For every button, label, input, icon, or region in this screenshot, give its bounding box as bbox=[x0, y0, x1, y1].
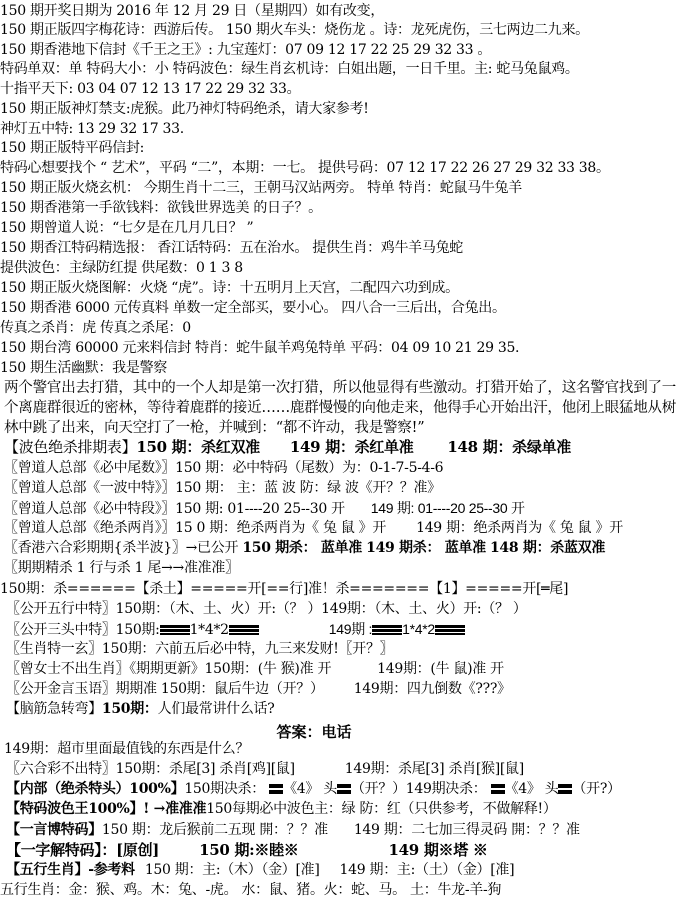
zeng-tail-text: 150 期：必中特码（尾数）为：0-1-7-5-4-6 bbox=[175, 460, 443, 476]
five-element-label: 〖公开五行中特〗 bbox=[6, 601, 116, 617]
precise-kill-line: 〖期期精杀 1 行与杀 1 尾→→准准准〗 bbox=[4, 559, 239, 578]
special-code-line: 特码单双：单 特码大小：小 特码波色：绿生肖玄机诗：白姐出题，一日千里。主: 蛇… bbox=[0, 60, 579, 79]
bar-icon bbox=[229, 625, 259, 635]
three-head-150-mid: 1*4*2 bbox=[190, 622, 229, 638]
taiwan-envelope-line: 150 期台湾 60000 元来料信封 特肖：蛇牛鼠羊鸡兔特单 平码：04 09… bbox=[0, 339, 519, 358]
zodiac-mystery-line: 〖生肖特一玄〗150期：六前五后必中特，九三来发财!〖开？〗 bbox=[6, 640, 393, 659]
brain-teaser-149: 149期：超市里面最值钱的东西是什么？ bbox=[4, 740, 249, 759]
five-zodiac-ref-150: 150 期：主:（木）（金）[准] bbox=[145, 862, 320, 878]
three-head-149-prefix: 149期 : bbox=[329, 621, 372, 637]
golden-words-149: 149期：四九倒数《???》 bbox=[354, 681, 511, 697]
humor-story: 两个警官出去打猎，其中的一个人却是第一次打猎，所以他显得有些激动。打猎开始了，这… bbox=[4, 378, 688, 438]
wave-kill-label: 【波色绝杀排期表】 bbox=[4, 438, 136, 456]
zeng-range-150: 150 期: 01----20 25--30 开 bbox=[175, 501, 345, 517]
zodiac-mystery-label: 〖生肖特一玄〗 bbox=[6, 641, 102, 657]
draw-date-line: 150 期开奖日期为 2016 年 12 月 29 日（星期四）如有改变， bbox=[0, 2, 384, 21]
one-word-bet-line: 【一言博特码】150 期：龙后猴前二五现 開：？？准149 期：二七加三得灵码 … bbox=[6, 821, 580, 840]
no-special-line: 〖六合彩不出特〗150期：杀尾[3] 杀肖[鸡][鼠]149期：杀尾[3] 杀肖… bbox=[6, 760, 524, 779]
internal-kill-line: 【内部（绝杀特头）100%】150期决杀： 《4》 头（开？）149期决杀： 《… bbox=[6, 780, 621, 799]
bar-icon bbox=[558, 784, 572, 794]
five-zodiac-ref-label: 【五行生肖】-参考料 bbox=[6, 862, 135, 878]
five-zodiac-list: 五行生肖：金：猴、鸡。木：兔、-虎。 水：鼠、猪。火：蛇、马。 土：牛龙-羊-狗 bbox=[0, 881, 501, 900]
internal-kill-150-end: （开？） bbox=[351, 781, 406, 797]
hk-half-wave-label: 〖香港六合彩期期{杀半波}〗→已公开 bbox=[4, 540, 238, 556]
internal-kill-label: 【内部（绝杀特头）100%】 bbox=[6, 781, 184, 797]
flat-code-envelope-line: 150 期正版特平码信封: bbox=[0, 139, 144, 158]
zeng-range-label: 〖曾道人总部《必中特段》〗 bbox=[4, 501, 175, 517]
golden-words-label: 〖公开金言玉语〗期期准 bbox=[6, 681, 157, 697]
internal-kill-149-end: （开?） bbox=[572, 781, 620, 797]
zeng-two-zodiac-label: 〖曾道人总部《绝杀两肖》〗 bbox=[4, 520, 175, 536]
brain-teaser-line: 【脑筋急转弯】150期：人们最常讲什么话? bbox=[6, 700, 274, 719]
lamp-five-line: 神灯五中特: 13 29 32 17 33. bbox=[0, 120, 184, 139]
zeng-two-zodiac-150: 15 0 期：绝杀两肖为《 兔 鼠 》开 bbox=[175, 520, 386, 536]
fire-diagram-line: 150 期正版火烧图解：火烧 “虎”。诗：十五明月上天宫，二配四六功到成。 bbox=[0, 279, 459, 298]
zeng-tail-line: 〖曾道人总部《必中尾数》〗150 期：必中特码（尾数）为：0-1-7-5-4-6 bbox=[4, 459, 443, 478]
golden-words-150: 150期：鼠后牛边（开？） bbox=[161, 681, 324, 697]
zeng-range-149: 149 期: 01----20 25--30 开 bbox=[371, 500, 525, 516]
ten-fingers-line: 十指平天下: 03 04 07 12 13 17 22 29 32 33。 bbox=[0, 80, 300, 99]
one-char-line: 【一字解特码】：[原创]150 期:※睦※149 期※塔 ※ bbox=[6, 841, 488, 860]
wave-king-text: 150每期必中波色主：绿 防：红（只供参考，不做解释!） bbox=[206, 801, 556, 817]
five-zodiac-ref-149: 149 期：主:（土）（金）[准] bbox=[340, 862, 515, 878]
ms-zeng-line: 〖曾女士不出生肖〗《期期更新》150期：(牛 猴)准 开149期：(牛 鼠)准 … bbox=[6, 660, 504, 679]
ms-zeng-149: 149期：(牛 鼠)准 开 bbox=[377, 661, 504, 677]
one-word-bet-label: 【一言博特码】 bbox=[6, 822, 102, 838]
wave-kill-149: 149 期：杀红单准 bbox=[290, 438, 414, 456]
zeng-two-zodiac-149: 149 期：绝杀两肖为《 兔 鼠 》开 bbox=[416, 520, 623, 536]
zeng-wave-text: 150 期： 主：蓝 波 防：绿 波《开？？准》 bbox=[175, 480, 441, 496]
three-head-label: 〖公开三头中特〗 bbox=[6, 622, 116, 638]
fax-6000-line: 150 期香港 6000 元传真料 单数一定全部买，要小心。 四八合一三后出，合… bbox=[0, 299, 506, 318]
ms-zeng-label: 〖曾女士不出生肖〗《期期更新》 bbox=[6, 661, 205, 677]
hk-envelope-line: 150 期香港地下信封《千王之王》: 九宝莲灯：07 09 12 17 22 2… bbox=[0, 41, 491, 60]
hk-half-wave-line: 〖香港六合彩期期{杀半波}〗→已公开 150 期杀： 蓝单准 149 期杀： 蓝… bbox=[4, 539, 605, 558]
wave-color-line: 提供波色：主绿防红提 供尾数：0 1 3 8 bbox=[0, 259, 243, 278]
fax-kill-line: 传真之杀肖：虎 传真之杀尾：0 bbox=[0, 319, 191, 338]
art-hint-line: 特码心想要找个 “ 艺术”，平码 “二”，本期：一七。 提供号码：07 12 1… bbox=[0, 159, 610, 178]
fire-mystery-line: 150 期正版火烧玄机： 今期生肖十二三，王朝马汉站两旁。 特单 特肖：蛇鼠马牛… bbox=[0, 179, 522, 198]
wave-kill-table-line: 【波色绝杀排期表】150 期：杀红双准149 期：杀红单准148 期：杀绿单准 bbox=[4, 438, 571, 457]
internal-kill-150-mid: 《4》 头 bbox=[283, 781, 337, 797]
zeng-two-zodiac-line: 〖曾道人总部《绝杀两肖》〗15 0 期：绝杀两肖为《 兔 鼠 》开149 期：绝… bbox=[4, 519, 623, 538]
zeng-range-line: 〖曾道人总部《必中特段》〗150 期: 01----20 25--30 开149… bbox=[4, 499, 525, 518]
golden-words-line: 〖公开金言玉语〗期期准 150期：鼠后牛边（开？）149期：四九倒数《???》 bbox=[6, 680, 511, 699]
kill-150-line: 150期：杀======【杀土】=====开[==行]准！杀=======【1】… bbox=[0, 580, 568, 599]
bar-icon bbox=[372, 625, 402, 635]
bar-icon bbox=[435, 625, 465, 635]
three-head-149-mid: 1*4*2 bbox=[402, 621, 435, 637]
ms-zeng-150: 150期：(牛 猴)准 开 bbox=[205, 661, 332, 677]
zeng-says-line: 150 期曾道人说：“七夕是在几月几日？ ” bbox=[0, 219, 253, 238]
bar-icon bbox=[337, 784, 351, 794]
five-element-line: 〖公开五行中特〗150期：（木、土、火）开:（？ ）149期：（木、土、火）开:… bbox=[6, 600, 527, 619]
xiangjiang-line: 150 期香江特码精选报： 香江话特码：五在治水。 提供生肖：鸡牛羊马兔蛇 bbox=[0, 239, 463, 258]
brain-teaser-question: 人们最常讲什么话? bbox=[158, 701, 275, 717]
no-special-149: 149期：杀尾[3] 杀肖[猴][鼠] bbox=[345, 761, 524, 777]
zeng-wave-line: 〖曾道人总部《一波中特》〗150 期： 主：蓝 波 防：绿 波《开？？准》 bbox=[4, 479, 441, 498]
zeng-wave-label: 〖曾道人总部《一波中特》〗 bbox=[4, 480, 175, 496]
one-char-150: 150 期:※睦※ bbox=[199, 841, 298, 859]
hk-half-wave-148: 148 期：杀蓝双准 bbox=[490, 540, 605, 556]
bar-icon bbox=[269, 784, 283, 794]
one-word-bet-149: 149 期：二七加三得灵码 開：？？准 bbox=[354, 822, 580, 838]
three-head-line: 〖公开三头中特〗150期:1*4*2149期 :1*4*2 bbox=[6, 620, 465, 639]
humor-title-line: 150 期生活幽默：我是警察 bbox=[0, 359, 167, 378]
three-head-150-prefix: 150期: bbox=[116, 622, 160, 638]
no-special-150: 150期：杀尾[3] 杀肖[鸡][鼠] bbox=[116, 761, 295, 777]
five-element-150: 150期：（木、土、火）开:（？ ） bbox=[116, 601, 322, 617]
magic-lamp-line: 150 期正版神灯禁支:虎猴。此乃神灯特码绝杀，请大家参考! bbox=[0, 100, 369, 119]
hk-half-wave-150: 150 期杀： 蓝单准 bbox=[242, 540, 362, 556]
one-char-label: 【一字解特码】：[原创] bbox=[6, 841, 159, 859]
plum-poem-line: 150 期正版四字梅花诗：西游后传。 150 期火车头：烧伤龙 。诗：龙死虎伤，… bbox=[0, 21, 589, 40]
zodiac-mystery-text: 150期：六前五后必中特，九三来发财!〖开？〗 bbox=[102, 641, 393, 657]
wave-king-line: 【特码波色王100%】! →准准准150每期必中波色主：绿 防：红（只供参考，不… bbox=[6, 800, 557, 819]
bar-icon bbox=[491, 784, 505, 794]
internal-kill-149-mid: 《4》 头 bbox=[505, 781, 559, 797]
first-hand-line: 150 期香港第一手欲钱料：欲钱世界选美 的日子？。 bbox=[0, 199, 322, 218]
brain-teaser-150-label: 150期： bbox=[102, 701, 158, 717]
internal-kill-149: 149期决杀： bbox=[406, 781, 487, 797]
internal-kill-150: 150期决杀： bbox=[184, 781, 265, 797]
no-special-label: 〖六合彩不出特〗 bbox=[6, 761, 116, 777]
wave-kill-148: 148 期：杀绿单准 bbox=[447, 438, 571, 456]
brain-teaser-label: 【脑筋急转弯】 bbox=[6, 701, 102, 717]
five-element-149: 149期：（木、土、火）开:（？ ） bbox=[321, 601, 527, 617]
hk-half-wave-149: 149 期杀： 蓝单准 bbox=[366, 540, 486, 556]
one-word-bet-150: 150 期：龙后猴前二五现 開：？？准 bbox=[102, 822, 328, 838]
wave-king-label: 【特码波色王100%】! →准准准 bbox=[6, 801, 206, 817]
bar-icon bbox=[160, 625, 190, 635]
wave-kill-150: 150 期：杀红双准 bbox=[136, 438, 260, 456]
one-char-149: 149 期※塔 ※ bbox=[388, 841, 487, 859]
five-zodiac-ref-line: 【五行生肖】-参考料150 期：主:（木）（金）[准]149 期：主:（土）（金… bbox=[6, 861, 514, 880]
brain-teaser-answer: 答案：电话 bbox=[0, 721, 658, 742]
zeng-tail-label: 〖曾道人总部《必中尾数》〗 bbox=[4, 460, 175, 476]
